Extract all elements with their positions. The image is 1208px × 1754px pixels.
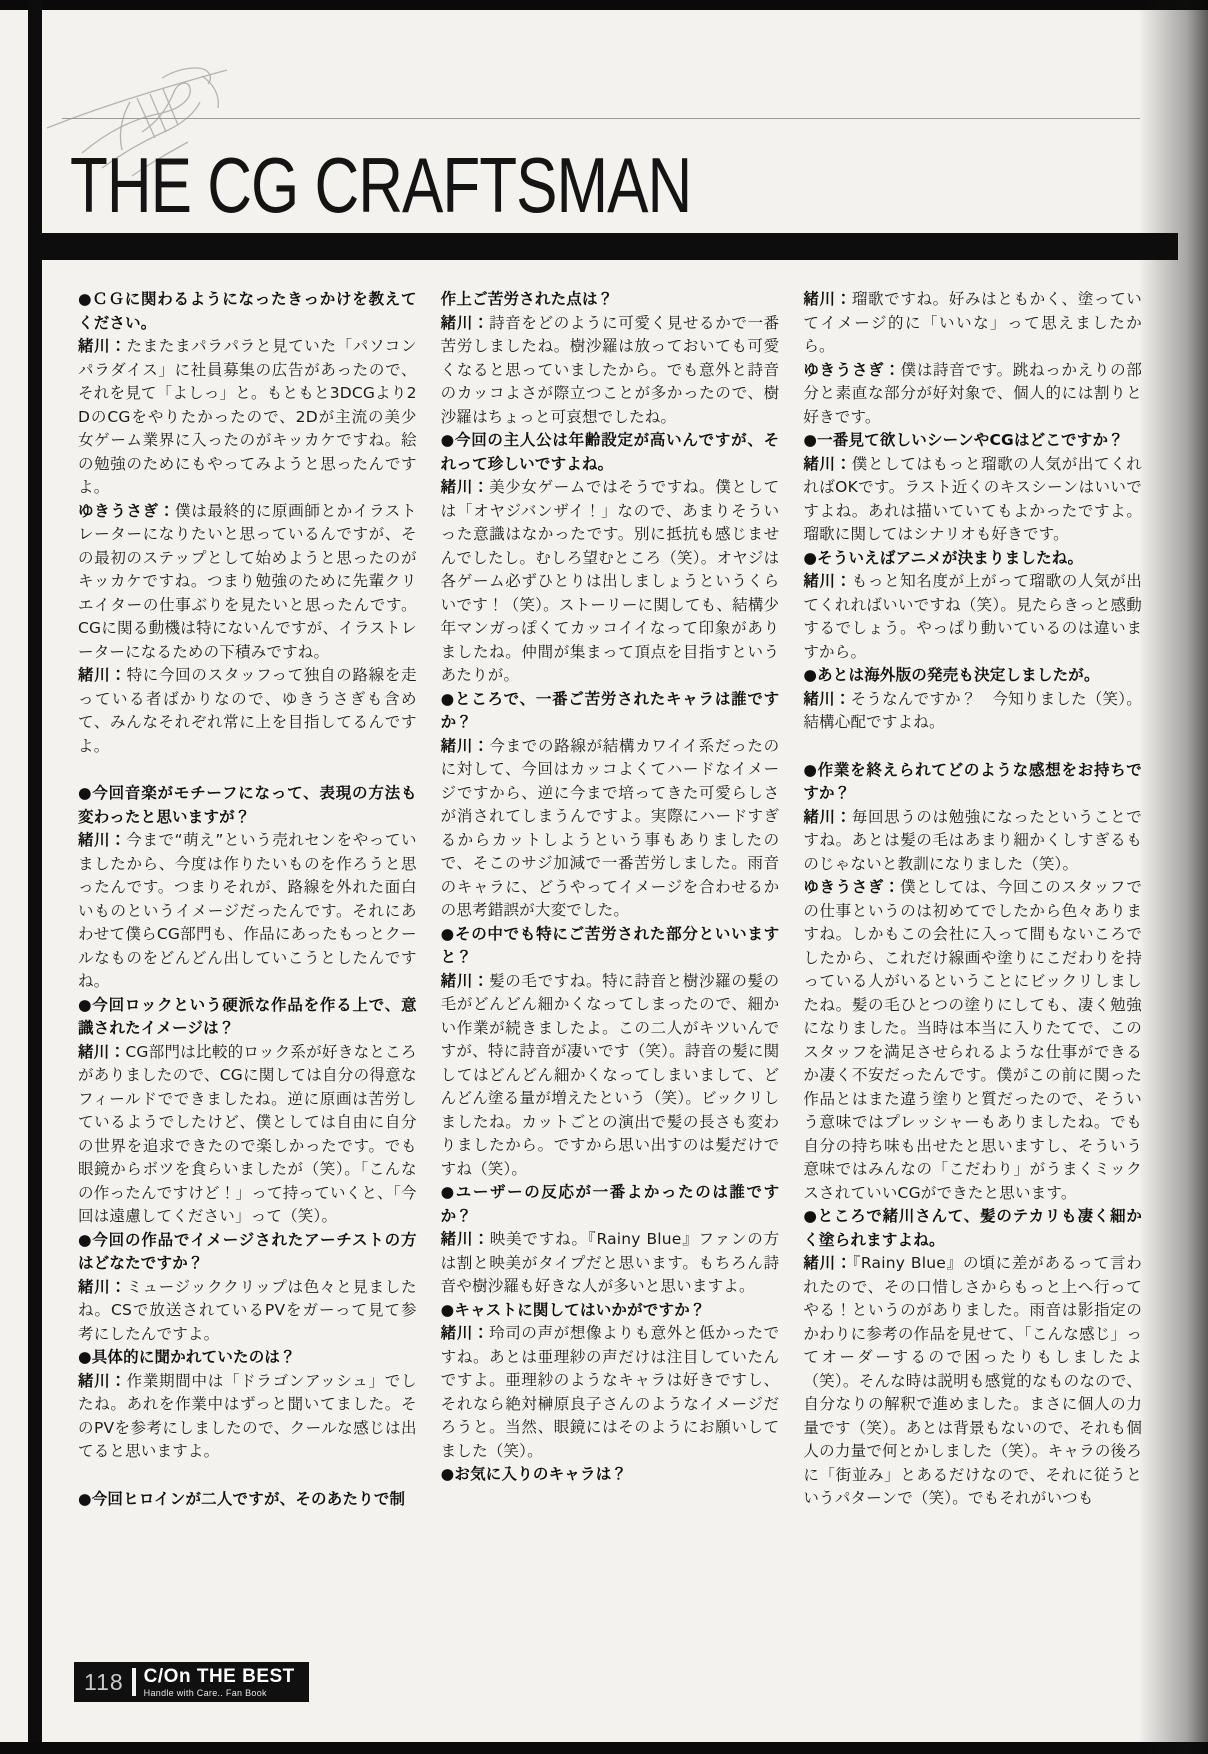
answer-text: 僕としてはもっと瑠歌の人気が出てくれればOKです。ラスト近くのキスシーンはいいで… — [803, 455, 1142, 544]
interview-question: ●今回の作品でイメージされたアーチストの方はどなたですか？ — [78, 1229, 417, 1276]
answer-text: 髪の毛ですね。特に詩音と樹沙羅の髪の毛がどんどん細かくなってしまったので、細かい… — [441, 972, 780, 1178]
answer-text: もっと知名度が上がって瑠歌の人気が出てくれればいいですね（笑）。見たらきっと感動… — [803, 572, 1142, 661]
scan-edge-right — [1138, 0, 1208, 1754]
speaker-name: 緒川： — [803, 1254, 852, 1272]
interview-answer: 緒川：髪の毛ですね。特に詩音と樹沙羅の髪の毛がどんどん細かくなってしまったので、… — [441, 970, 780, 1182]
answer-text: 今まで“萌え”という売れセンをやっていましたから、今度は作りたいものを作ろうと思… — [78, 831, 417, 990]
interview-answer: 緒川：作業期間中は「ドラゴンアッシュ」でしたね。あれを作業中はずっと聞いてました… — [78, 1370, 417, 1464]
interview-body: ●ＣＧに関わるようになったきっかけを教えてください。 緒川：たまたまパラパラと見… — [78, 288, 1142, 1511]
answer-text: 詩音をどのように可愛く見せるかで一番苦労しましたね。樹沙羅は放っておいても可愛く… — [441, 314, 780, 426]
interview-question: 作上ご苦労された点は？ — [441, 288, 780, 312]
interview-answer: 緒川：もっと知名度が上がって瑠歌の人気が出てくれればいいですね（笑）。見たらきっ… — [803, 570, 1142, 664]
answer-text: たまたまパラパラと見ていた「パソコンパラダイス」に社員募集の広告があったので、そ… — [78, 337, 417, 496]
speaker-name: 緒川： — [78, 337, 127, 355]
interview-question: ●あとは海外版の発売も決定しましたが。 — [803, 664, 1142, 688]
footer-divider — [132, 1668, 136, 1696]
interview-answer: 緒川：今までの路線が結構カワイイ系だったのに対して、今回はカッコよくてハードなイ… — [441, 735, 780, 923]
interview-column-2: 作上ご苦労された点は？ 緒川：詩音をどのように可愛く見せるかで一番苦労しましたね… — [441, 288, 780, 1511]
speaker-name: 緒川： — [803, 572, 851, 590]
interview-question: ●作業を終えられてどのような感想をお持ちですか？ — [803, 759, 1142, 806]
speaker-name: ゆきうさぎ： — [78, 502, 175, 520]
interview-column-1: ●ＣＧに関わるようになったきっかけを教えてください。 緒川：たまたまパラパラと見… — [78, 288, 417, 1511]
speaker-name: 緒川： — [441, 1324, 489, 1342]
answer-text: 玲司の声が想像よりも意外と低かったですね。あとは亜理紗の声だけは注目していたんで… — [441, 1324, 780, 1460]
speaker-name: 緒川： — [78, 1278, 127, 1296]
interview-answer: 緒川：映美ですね。『Rainy Blue』ファンの方は割と映美がタイプだと思いま… — [441, 1228, 780, 1299]
speaker-name: 緒川： — [803, 808, 851, 826]
page-number: 118 — [84, 1669, 124, 1696]
interview-column-3: 緒川：瑠歌ですね。好みはともかく、塗っていてイメージ的に「いいな」って思えました… — [803, 288, 1142, 1511]
speaker-name: 緒川： — [441, 1230, 490, 1248]
interview-question: ●一番見て欲しいシーンやCGはどこですか？ — [803, 429, 1142, 453]
interview-answer: 緒川：毎回思うのは勉強になったということですね。あとは髪の毛はあまり細かくしすぎ… — [803, 806, 1142, 877]
title-underline-bar — [28, 233, 1178, 260]
interview-question: ●今回の主人公は年齢設定が高いんですが、それって珍しいですよね。 — [441, 429, 780, 476]
scan-edge-left — [28, 0, 42, 1754]
interview-question: ●そういえばアニメが決まりましたね。 — [803, 547, 1142, 571]
footer-titles: C/On THE BEST Handle with Care.. Fan Boo… — [144, 1667, 295, 1698]
interview-answer: 緒川：特に今回のスタッフって独自の路線を走っている者ばかりなので、ゆきうさぎも含… — [78, 664, 417, 758]
answer-text: ミュージッククリップは色々と見ましたね。CSで放送されているPVをガーって見て参… — [78, 1278, 417, 1343]
speaker-name: 緒川： — [803, 290, 852, 308]
interview-answer: 緒川：CG部門は比較的ロック系が好きなところがありましたので、CGに関しては自分… — [78, 1041, 417, 1229]
interview-answer: 緒川：美少女ゲームではそうですね。僕としては「オヤジバンザイ！」なので、あまりそ… — [441, 476, 780, 688]
answer-text: 『Rainy Blue』の頃に差があるって言われたので、その口惜しさからもっと上… — [803, 1254, 1142, 1507]
answer-text: 今までの路線が結構カワイイ系だったのに対して、今回はカッコよくてハードなイメージ… — [441, 737, 780, 920]
interview-question: ●お気に入りのキャラは？ — [441, 1463, 780, 1487]
interview-question: ●具体的に聞かれていたのは？ — [78, 1346, 417, 1370]
speaker-name: ゆきうさぎ： — [803, 361, 900, 379]
speaker-name: 緒川： — [78, 831, 126, 849]
interview-question: ●ところで緒川さんて、髪のテカリも凄く細かく塗られますよね。 — [803, 1205, 1142, 1252]
scan-edge-top — [0, 0, 1208, 10]
answer-text: 僕は最終的に原画師とかイラストレーターになりたいと思っているんですが、その最初の… — [78, 502, 417, 661]
speaker-name: 緒川： — [78, 1372, 127, 1390]
book-title: C/On THE BEST — [144, 1667, 295, 1686]
speaker-name: 緒川： — [441, 972, 489, 990]
speaker-name: 緒川： — [441, 737, 490, 755]
book-subtitle: Handle with Care.. Fan Book — [144, 1689, 295, 1698]
footer-page-banner: 118 C/On THE BEST Handle with Care.. Fan… — [74, 1662, 309, 1702]
interview-question: ●ＣＧに関わるようになったきっかけを教えてください。 — [78, 288, 417, 335]
answer-text: 毎回思うのは勉強になったということですね。あとは髪の毛はあまり細かくしすぎるもの… — [803, 808, 1142, 873]
answer-text: 美少女ゲームではそうですね。僕としては「オヤジバンザイ！」なので、あまりそういっ… — [441, 478, 780, 684]
interview-answer: 緒川：そうなんですか？ 今知りました（笑）。結構心配ですよね。 — [803, 688, 1142, 735]
interview-question: ●今回ロックという硬派な作品を作る上で、意識されたイメージは？ — [78, 994, 417, 1041]
interview-answer: 緒川：今まで“萌え”という売れセンをやっていましたから、今度は作りたいものを作ろ… — [78, 829, 417, 994]
speaker-name: 緒川： — [441, 478, 489, 496]
interview-question: ●キャストに関してはいかがですか？ — [441, 1299, 780, 1323]
interview-answer: 緒川：ミュージッククリップは色々と見ましたね。CSで放送されているPVをガーって… — [78, 1276, 417, 1347]
answer-text: そうなんですか？ 今知りました（笑）。結構心配ですよね。 — [803, 690, 1142, 732]
speaker-name: 緒川： — [441, 314, 489, 332]
interview-question: ●今回音楽がモチーフになって、表現の方法も変わったと思いますが？ — [78, 782, 417, 829]
header-rule — [62, 118, 1140, 119]
speaker-name: 緒川： — [78, 666, 127, 684]
scanned-book-page: THE CG CRAFTSMAN ●ＣＧに関わるようになったきっかけを教えてくだ… — [0, 0, 1208, 1754]
answer-text: CG部門は比較的ロック系が好きなところがありましたので、CGに関しては自分の得意… — [78, 1043, 417, 1226]
interview-answer: 緒川：僕としてはもっと瑠歌の人気が出てくれればOKです。ラスト近くのキスシーンは… — [803, 453, 1142, 547]
interview-answer: 緒川：玲司の声が想像よりも意外と低かったですね。あとは亜理紗の声だけは注目してい… — [441, 1322, 780, 1463]
answer-text: 特に今回のスタッフって独自の路線を走っている者ばかりなので、ゆきうさぎも含めて、… — [78, 666, 417, 755]
interview-answer: 緒川：たまたまパラパラと見ていた「パソコンパラダイス」に社員募集の広告があったの… — [78, 335, 417, 500]
interview-question: ●今回ヒロインが二人ですが、そのあたりで制 — [78, 1488, 417, 1512]
answer-text: 映美ですね。『Rainy Blue』ファンの方は割と映美がタイプだと思います。も… — [441, 1230, 780, 1295]
answer-text: 瑠歌ですね。好みはともかく、塗っていてイメージ的に「いいな」って思えましたから。 — [803, 290, 1142, 355]
speaker-name: 緒川： — [78, 1043, 125, 1061]
interview-answer: 緒川：詩音をどのように可愛く見せるかで一番苦労しましたね。樹沙羅は放っておいても… — [441, 312, 780, 430]
interview-question: ●その中でも特にご苦労された部分といいますと？ — [441, 923, 780, 970]
interview-answer: ゆきうさぎ：僕としては、今回このスタッフでの仕事というのは初めてでしたから色々あ… — [803, 876, 1142, 1205]
speaker-name: 緒川： — [803, 455, 851, 473]
interview-answer: 緒川：『Rainy Blue』の頃に差があるって言われたので、その口惜しさからも… — [803, 1252, 1142, 1511]
page-title: THE CG CRAFTSMAN — [70, 142, 691, 231]
interview-answer: ゆきうさぎ：僕は最終的に原画師とかイラストレーターになりたいと思っているんですが… — [78, 500, 417, 665]
scan-edge-bottom — [0, 1742, 1208, 1754]
interview-question: ●ユーザーの反応が一番よかったのは誰ですか？ — [441, 1181, 780, 1228]
speaker-name: ゆきうさぎ： — [803, 878, 900, 896]
interview-question: ●ところで、一番ご苦労されたキャラは誰ですか？ — [441, 688, 780, 735]
answer-text: 作業期間中は「ドラゴンアッシュ」でしたね。あれを作業中はずっと聞いてました。その… — [78, 1372, 417, 1461]
speaker-name: 緒川： — [803, 690, 850, 708]
interview-answer: ゆきうさぎ：僕は詩音です。跳ねっかえりの部分と素直な部分が好対象で、個人的には割… — [803, 359, 1142, 430]
answer-text: 僕としては、今回このスタッフでの仕事というのは初めてでしたから色々ありますね。し… — [803, 878, 1142, 1202]
interview-answer: 緒川：瑠歌ですね。好みはともかく、塗っていてイメージ的に「いいな」って思えました… — [803, 288, 1142, 359]
